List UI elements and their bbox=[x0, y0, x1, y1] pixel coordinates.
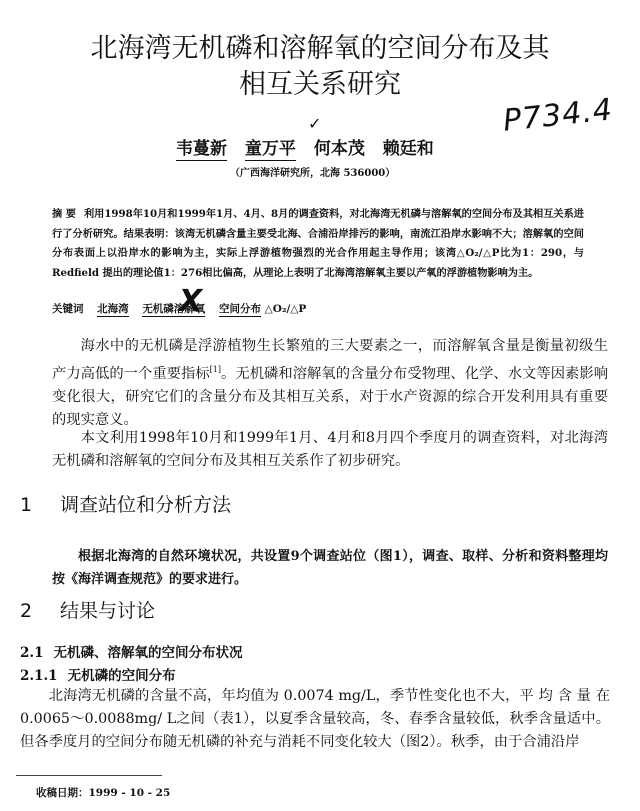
section-heading-1: 1调查站位和分析方法 bbox=[20, 490, 231, 517]
subsection-number: 2.1.1 bbox=[20, 668, 58, 684]
subsection-title: 无机磷的空间分布 bbox=[68, 668, 176, 684]
author-name: 赖廷和 bbox=[383, 139, 434, 159]
author-name: 何本茂 bbox=[314, 139, 365, 159]
author-name: 童万平 bbox=[245, 139, 296, 161]
section-2-paragraph: 北海湾无机磷的含量不高，年均值为 0.0074 mg/L，季节性变化也不大，平 … bbox=[20, 685, 610, 754]
intro-paragraph-2: 本文利用1998年10月和1999年1月、4月和8月四个季度月的调查资料，对北海… bbox=[52, 427, 608, 473]
abstract-text: 利用1998年10月和1999年1月、4月、8月的调查资料，对北海湾无机磷与溶解… bbox=[52, 208, 584, 279]
keywords-label: 关键词 bbox=[52, 303, 84, 315]
keyword: 空间分布 bbox=[219, 303, 261, 317]
paper-title-line-2: 相互关系研究 bbox=[0, 62, 640, 101]
keyword: △O₂/△P bbox=[265, 303, 307, 315]
citation-ref: [1] bbox=[210, 365, 221, 374]
subsection-heading-2-1-1: 2.1.1无机磷的空间分布 bbox=[20, 664, 176, 684]
handwritten-check-mark-icon: ✓ bbox=[308, 114, 321, 133]
section-number: 1 bbox=[20, 494, 60, 516]
author-list: 韦蔓新 童万平 何本茂 赖廷和 bbox=[176, 134, 446, 159]
footnote-divider bbox=[16, 775, 162, 776]
abstract-label: 摘 要 bbox=[52, 208, 76, 220]
section-heading-2: 2结果与讨论 bbox=[20, 596, 155, 623]
section-number: 2 bbox=[20, 600, 60, 622]
subsection-heading-2-1: 2.1无机磷、溶解氧的空间分布状况 bbox=[20, 641, 243, 661]
affiliation: （广西海洋研究所，北海 536000） bbox=[230, 164, 395, 179]
section-title: 调查站位和分析方法 bbox=[60, 494, 231, 516]
keyword: 北海湾 bbox=[97, 303, 129, 317]
section-1-paragraph: 根据北海湾的自然环境状况，共设置9个调查站位（图1），调查、取样、分析和资料整理… bbox=[52, 545, 608, 591]
received-date: 收稿日期：1999 - 10 - 25 bbox=[36, 785, 170, 800]
intro-paragraph-1: 海水中的无机磷是浮游植物生长繁殖的三大要素之一，而溶解氧含量是衡量初级生产力高低… bbox=[52, 335, 608, 432]
section-title: 结果与讨论 bbox=[60, 600, 155, 622]
keyword: 溶解氧 bbox=[174, 303, 206, 317]
keyword: 无机磷 bbox=[142, 303, 174, 317]
subsection-title: 无机磷、溶解氧的空间分布状况 bbox=[54, 645, 243, 661]
subsection-number: 2.1 bbox=[20, 645, 44, 661]
keywords: 关键词 北海湾 无机磷溶解氧 空间分布 △O₂/△P bbox=[52, 301, 306, 316]
abstract: 摘 要利用1998年10月和1999年1月、4月、8月的调查资料，对北海湾无机磷… bbox=[52, 205, 584, 283]
author-name: 韦蔓新 bbox=[176, 139, 227, 161]
paper-title-line-1: 北海湾无机磷和溶解氧的空间分布及其 bbox=[0, 26, 640, 65]
